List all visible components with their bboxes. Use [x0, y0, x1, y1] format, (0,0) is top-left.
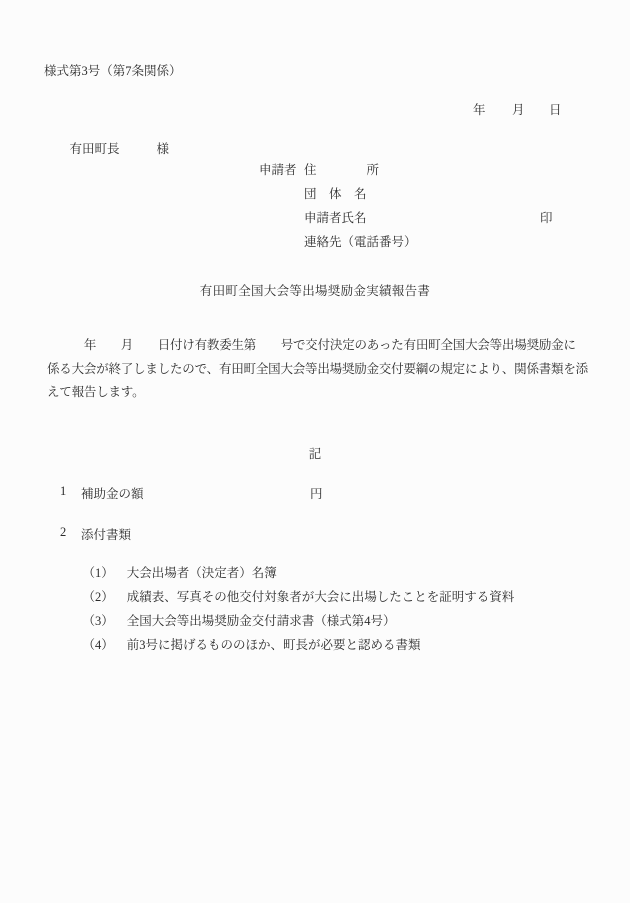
attachment-text: 前3号に掲げるもののほか、町長が必要と認める書類 [127, 638, 421, 652]
addressee-honorific: 様 [157, 142, 170, 156]
body-line: えて報告します。 [47, 381, 587, 405]
form-number: 様式第3号（第7条関係） [44, 61, 182, 79]
ki-separator-label: 記 [0, 444, 630, 462]
body-line: 係る大会が終了しましたので、有田町全国大会等出場奨励金交付要綱の規定により、関係… [47, 358, 587, 382]
report-form-page: 様式第3号（第7条関係） 年 月 日 有田町長様 申請者 住 所 団 体 名 申… [0, 0, 630, 903]
item1-number: 1 [60, 484, 66, 499]
applicant-group-name-label: 団 体 名 [304, 184, 367, 202]
applicant-address-label: 住 所 [304, 160, 379, 178]
item1-amount-unit: 円 [310, 484, 323, 502]
date-month-label: 月 [512, 100, 525, 118]
date-year-label: 年 [473, 100, 486, 118]
attachment-number: （4） [83, 638, 114, 652]
applicant-label: 申請者 [259, 160, 297, 178]
item2-number: 2 [60, 525, 66, 540]
addressee-title: 有田町長 [70, 142, 120, 156]
item2-label: 添付書類 [81, 525, 131, 543]
applicant-contact-label: 連絡先（電話番号） [304, 232, 417, 250]
addressee-line: 有田町長様 [57, 124, 169, 172]
attachment-item: （4）前3号に掲げるもののほか、町長が必要と認める書類 [70, 620, 421, 668]
body-line: 年 月 日付け有教委生第 号で交付決定のあった有田町全国大会等出場奨励金に [47, 334, 587, 358]
date-day-label: 日 [549, 100, 562, 118]
seal-mark: 印 [540, 208, 553, 226]
item1-label: 補助金の額 [81, 484, 144, 502]
body-paragraph: 年 月 日付け有教委生第 号で交付決定のあった有田町全国大会等出場奨励金に 係る… [47, 334, 587, 405]
document-title: 有田町全国大会等出場奨励金実績報告書 [0, 281, 630, 299]
applicant-name-label: 申請者氏名 [304, 208, 367, 226]
